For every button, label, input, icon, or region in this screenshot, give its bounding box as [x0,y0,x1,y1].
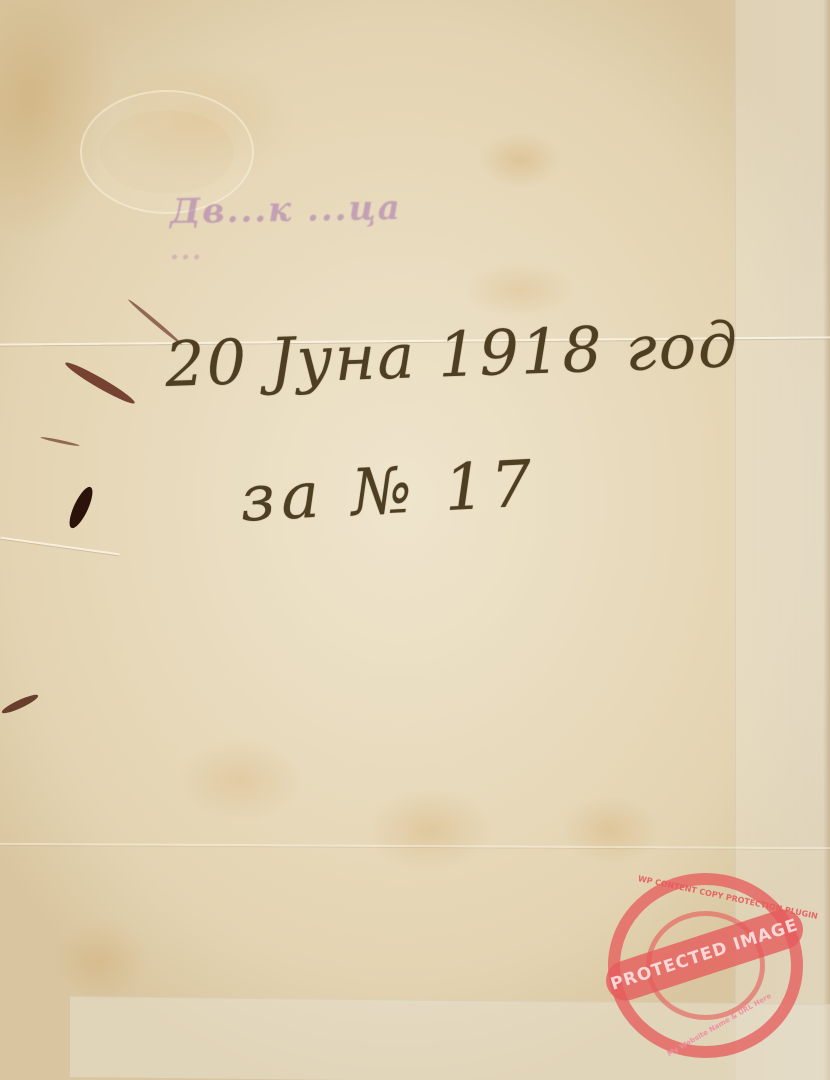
document-scan: Дв...к ...ца ... 20 Јуна 1918 год за № 1… [0,0,830,1080]
fold-crease [0,843,830,849]
handwritten-number: за № 17 [238,447,539,536]
stamp-line-1: Дв...к ...ца [170,188,402,232]
stamp-line-2: ... [170,236,402,266]
ink-smudge [63,359,137,408]
ink-smudge [65,484,97,531]
faded-stamp: Дв...к ...ца ... [170,190,402,266]
fold-crease [0,537,119,556]
handwritten-date: 20 Јуна 1918 год [164,308,741,401]
protected-image-watermark: WP CONTENT COPY PROTECTION PLUGIN PROTEC… [608,873,803,1058]
ink-smudge [40,436,80,447]
ink-smudge [0,692,40,716]
